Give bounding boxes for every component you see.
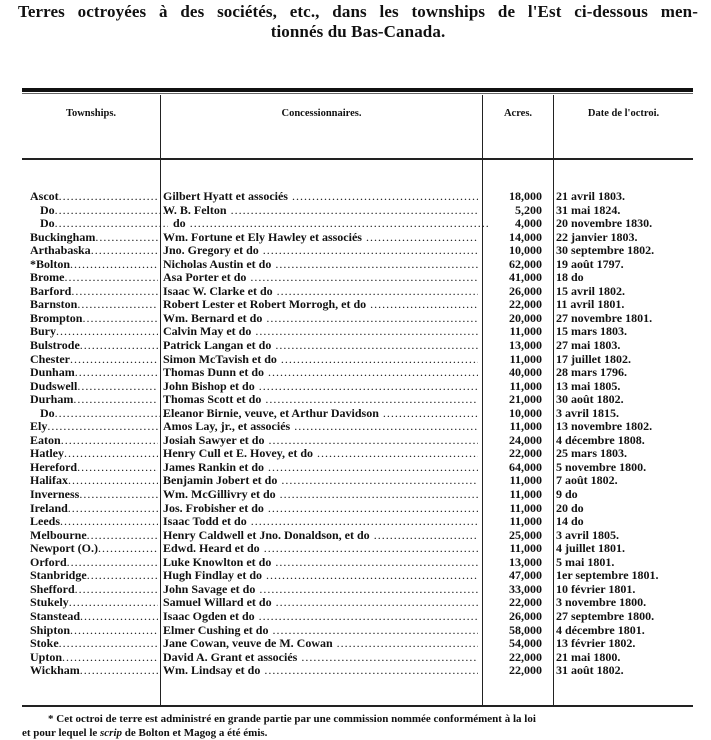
table-row: Upton...................................… (0, 651, 711, 665)
township-name: Eaton (30, 434, 61, 447)
cell-acres: 14,000 (486, 231, 542, 245)
cell-concessionaire: Elmer Cushing et do ....................… (163, 624, 478, 638)
leader-dots: ........................................… (264, 434, 478, 447)
cell-acres: 40,000 (486, 366, 542, 380)
leader-dots: ........................................… (271, 556, 478, 569)
concessionaire-name: John Bishop et do (163, 380, 255, 393)
cell-township: Hatley..................................… (30, 447, 158, 461)
cell-acres: 41,000 (486, 271, 542, 285)
township-name: Hatley (30, 447, 64, 460)
cell-township: Stanstead...............................… (30, 610, 158, 624)
cell-acres: 25,000 (486, 529, 542, 543)
cell-acres: 22,000 (486, 651, 542, 665)
cell-acres: 22,000 (486, 596, 542, 610)
table-row: Barnston................................… (0, 298, 711, 312)
leader-dots: ........................................… (277, 474, 478, 487)
cell-township: Do......................................… (30, 407, 168, 421)
cell-date: 30 septembre 1802. (556, 244, 706, 258)
cell-acres: 5,200 (486, 204, 542, 218)
table-row: *Bolton.................................… (0, 258, 711, 272)
cell-date: 27 septembre 1800. (556, 610, 706, 624)
leader-dots: ........................................… (69, 596, 158, 609)
leader-dots: ........................................… (77, 461, 158, 474)
concessionaire-name: Robert Lester et Robert Morrogh, et do (163, 298, 366, 311)
cell-concessionaire: Jos. Frobisher et do ...................… (163, 502, 478, 516)
cell-concessionaire: do .....................................… (163, 217, 488, 231)
township-name: Dunham (30, 366, 75, 379)
concessionaire-name: Luke Knowlton et do (163, 556, 271, 569)
cell-township: Orford..................................… (30, 556, 158, 570)
leader-dots: ........................................… (313, 447, 478, 460)
title-line-2: tionnés du Bas-Canada. (18, 22, 698, 42)
cell-date: 9 do (556, 488, 706, 502)
table-row: Leeds...................................… (0, 515, 711, 529)
cell-acres: 47,000 (486, 569, 542, 583)
concessionaire-name: Jane Cowan, veuve de M. Cowan (163, 637, 333, 650)
table-row: Dudswell................................… (0, 380, 711, 394)
cell-township: Barford.................................… (30, 285, 158, 299)
leader-dots: ........................................… (77, 380, 158, 393)
table-row: Stoke...................................… (0, 637, 711, 651)
concessionaire-name: Jos. Frobisher et do (163, 502, 264, 515)
cell-date: 13 mai 1805. (556, 380, 706, 394)
table-row: Melbourne...............................… (0, 529, 711, 543)
cell-date: 11 avril 1801. (556, 298, 706, 312)
township-name: Do (40, 407, 55, 420)
leader-dots: ........................................… (262, 569, 478, 582)
table-row: Durham..................................… (0, 393, 711, 407)
cell-acres: 11,000 (486, 502, 542, 516)
cell-township: *Bolton.................................… (30, 258, 158, 272)
cell-date: 5 novembre 1800. (556, 461, 706, 475)
header-rule (22, 158, 693, 160)
title-line-1: Terres octroyées à des sociétés, etc., d… (18, 2, 698, 22)
township-name: Orford (30, 556, 67, 569)
cell-acres: 20,000 (486, 312, 542, 326)
cell-concessionaire: James Rankin et do .....................… (163, 461, 478, 475)
leader-dots: ........................................… (186, 217, 488, 230)
concessionaire-name: Isaac Ogden et do (163, 610, 255, 623)
table-row: Hatley..................................… (0, 447, 711, 461)
leader-dots: ........................................… (75, 583, 158, 596)
cell-township: Inverness...............................… (30, 488, 158, 502)
cell-concessionaire: David A. Grant et associés .............… (163, 651, 478, 665)
leader-dots: ........................................… (251, 325, 478, 338)
table-row: Chester.................................… (0, 353, 711, 367)
township-name: Barnston (30, 298, 77, 311)
table-row: Do......................................… (0, 217, 711, 231)
township-name: Do (40, 217, 55, 230)
leader-dots: ........................................… (264, 502, 478, 515)
table-row: Barford.................................… (0, 285, 711, 299)
leader-dots: ........................................… (77, 298, 158, 311)
cell-concessionaire: Wm. Fortune et Ely Hawley et associés ..… (163, 231, 478, 245)
leader-dots: ........................................… (260, 542, 478, 555)
township-name: *Bolton (30, 258, 70, 271)
cell-date: 7 août 1802. (556, 474, 706, 488)
cell-concessionaire: Luke Knowlton et do ....................… (163, 556, 478, 570)
cell-concessionaire: Wm. Bernard et do ......................… (163, 312, 478, 326)
concessionaire-name: John Savage et do (163, 583, 255, 596)
header-date: Date de l'octroi. (554, 108, 693, 119)
township-name: Wickham (30, 664, 80, 677)
cell-concessionaire: Patrick Langan et do ...................… (163, 339, 478, 353)
leader-dots: ........................................… (227, 204, 478, 217)
cell-concessionaire: Thomas Dunn et do ......................… (163, 366, 478, 380)
table-row: Dunham..................................… (0, 366, 711, 380)
cell-date: 3 novembre 1800. (556, 596, 706, 610)
leader-dots: ........................................… (75, 366, 158, 379)
leader-dots: ........................................… (70, 353, 158, 366)
leader-dots: ........................................… (59, 637, 158, 650)
cell-concessionaire: Isaac W. Clarke et do ..................… (163, 285, 478, 299)
cell-township: Dudswell................................… (30, 380, 158, 394)
leader-dots: ........................................… (297, 651, 478, 664)
cell-date: 13 novembre 1802. (556, 420, 706, 434)
leader-dots: ........................................… (264, 461, 478, 474)
table-top-rule-thin (22, 93, 693, 94)
township-name: Upton (30, 651, 62, 664)
cell-township: Stanbridge..............................… (30, 569, 158, 583)
cell-date: 4 juillet 1801. (556, 542, 706, 556)
concessionaire-name: Isaac Todd et do (163, 515, 247, 528)
cell-date: 27 mai 1803. (556, 339, 706, 353)
table-bottom-rule (22, 705, 693, 707)
concessionaire-name: Benjamin Jobert et do (163, 474, 277, 487)
cell-township: Bury....................................… (30, 325, 158, 339)
footnote-line-1: * Cet octroi de terre est administré en … (22, 712, 693, 726)
leader-dots: ........................................… (91, 244, 158, 257)
cell-acres: 11,000 (486, 474, 542, 488)
concessionaire-name: Amos Lay, jr., et associés (163, 420, 290, 433)
cell-township: Barnston................................… (30, 298, 158, 312)
table-body: Ascot...................................… (0, 190, 711, 678)
table-row: Wickham.................................… (0, 664, 711, 678)
township-name: Stukely (30, 596, 69, 609)
cell-acres: 11,000 (486, 420, 542, 434)
leader-dots: ........................................… (70, 624, 158, 637)
cell-township: Ascot...................................… (30, 190, 158, 204)
table-row: Do......................................… (0, 204, 711, 218)
cell-date: 4 décembre 1808. (556, 434, 706, 448)
leader-dots: ........................................… (64, 447, 158, 460)
header-townships: Townships. (22, 108, 160, 119)
cell-concessionaire: John Bishop et do ......................… (163, 380, 478, 394)
cell-township: Brome...................................… (30, 271, 158, 285)
cell-township: Do......................................… (30, 217, 168, 231)
cell-township: Wickham.................................… (30, 664, 158, 678)
leader-dots: ........................................… (246, 271, 478, 284)
cell-township: Dunham..................................… (30, 366, 158, 380)
cell-acres: 11,000 (486, 353, 542, 367)
cell-concessionaire: Henry Caldwell et Jno. Donaldson, et do … (163, 529, 478, 543)
cell-township: Buckingham..............................… (30, 231, 158, 245)
cell-township: Shefford................................… (30, 583, 158, 597)
table-row: Shipton.................................… (0, 624, 711, 638)
concessionaire-name: Wm. Fortune et Ely Hawley et associés (163, 231, 362, 244)
table-row: Do......................................… (0, 407, 711, 421)
leader-dots: ........................................… (290, 420, 478, 433)
cell-acres: 11,000 (486, 488, 542, 502)
cell-date: 19 août 1797. (556, 258, 706, 272)
table-row: Arthabaska..............................… (0, 244, 711, 258)
leader-dots: ........................................… (80, 339, 158, 352)
concessionaire-name: Thomas Scott et do (163, 393, 261, 406)
township-name: Brome (30, 271, 64, 284)
leader-dots: ........................................… (272, 596, 478, 609)
cell-date: 31 août 1802. (556, 664, 706, 678)
cell-township: Brompton................................… (30, 312, 158, 326)
table-row: Hereford................................… (0, 461, 711, 475)
leader-dots: ........................................… (68, 474, 158, 487)
leader-dots: ........................................… (62, 651, 158, 664)
leader-dots: ........................................… (60, 515, 158, 528)
township-name: Do (40, 204, 55, 217)
cell-township: Hereford................................… (30, 461, 158, 475)
table-row: Stanstead...............................… (0, 610, 711, 624)
cell-date: 22 janvier 1803. (556, 231, 706, 245)
leader-dots: ........................................… (255, 610, 478, 623)
cell-date: 21 avril 1803. (556, 190, 706, 204)
concessionaire-name: do (173, 217, 186, 230)
leader-dots: ........................................… (82, 312, 158, 325)
township-name: Bulstrode (30, 339, 80, 352)
cell-concessionaire: Wm. Lindsay et do ......................… (163, 664, 478, 678)
cell-concessionaire: Eleanor Birnie, veuve, et Arthur Davidso… (163, 407, 478, 421)
table-row: Ireland.................................… (0, 502, 711, 516)
concessionaire-name: Hugh Findlay et do (163, 569, 262, 582)
leader-dots: ........................................… (379, 407, 478, 420)
cell-date: 15 avril 1802. (556, 285, 706, 299)
cell-concessionaire: Gilbert Hyatt et associés ..............… (163, 190, 478, 204)
cell-date: 20 novembre 1830. (556, 217, 706, 231)
leader-dots: ........................................… (55, 204, 168, 217)
table-row: Buckingham..............................… (0, 231, 711, 245)
leader-dots: ........................................… (55, 217, 168, 230)
leader-dots: ........................................… (68, 502, 158, 515)
table-row: Stukely.................................… (0, 596, 711, 610)
concessionaire-name: James Rankin et do (163, 461, 264, 474)
cell-township: Stoke...................................… (30, 637, 158, 651)
header-acres: Acres. (483, 108, 553, 119)
cell-date: 21 mai 1800. (556, 651, 706, 665)
cell-concessionaire: Hugh Findlay et do .....................… (163, 569, 478, 583)
cell-date: 14 do (556, 515, 706, 529)
cell-acres: 10,000 (486, 244, 542, 258)
cell-concessionaire: Asa Porter et do .......................… (163, 271, 478, 285)
township-name: Brompton (30, 312, 82, 325)
leader-dots: ........................................… (71, 285, 158, 298)
cell-date: 20 do (556, 502, 706, 516)
cell-township: Chester.................................… (30, 353, 158, 367)
cell-acres: 11,000 (486, 542, 542, 556)
leader-dots: ........................................… (247, 515, 478, 528)
concessionaire-name: Eleanor Birnie, veuve, et Arthur Davidso… (163, 407, 379, 420)
cell-acres: 11,000 (486, 515, 542, 529)
leader-dots: ........................................… (362, 231, 478, 244)
cell-acres: 26,000 (486, 285, 542, 299)
table-row: Orford..................................… (0, 556, 711, 570)
leader-dots: ........................................… (73, 393, 158, 406)
cell-date: 17 juillet 1802. (556, 353, 706, 367)
cell-acres: 22,000 (486, 447, 542, 461)
cell-date: 1er septembre 1801. (556, 569, 706, 583)
township-name: Ascot (30, 190, 59, 203)
footnote-line-2: et pour lequel le scrip de Bolton et Mag… (22, 727, 267, 739)
township-name: Barford (30, 285, 71, 298)
leader-dots: ........................................… (70, 258, 158, 271)
cell-acres: 10,000 (486, 407, 542, 421)
leader-dots: ........................................… (262, 312, 478, 325)
cell-concessionaire: Josiah Sawyer et do ....................… (163, 434, 478, 448)
leader-dots: ........................................… (259, 244, 478, 257)
cell-acres: 21,000 (486, 393, 542, 407)
cell-acres: 54,000 (486, 637, 542, 651)
cell-date: 5 mai 1801. (556, 556, 706, 570)
table-row: Brompton................................… (0, 312, 711, 326)
cell-township: Halifax.................................… (30, 474, 158, 488)
page-title: Terres octroyées à des sociétés, etc., d… (18, 2, 698, 42)
footnote-italic-scrip: scrip (100, 727, 122, 739)
township-name: Bury (30, 325, 56, 338)
cell-township: Melbourne...............................… (30, 529, 158, 543)
concessionaire-name: Elmer Cushing et do (163, 624, 268, 637)
concessionaire-name: Edwd. Heard et do (163, 542, 260, 555)
leader-dots: ........................................… (95, 231, 158, 244)
cell-township: Do......................................… (30, 204, 168, 218)
cell-acres: 26,000 (486, 610, 542, 624)
cell-acres: 22,000 (486, 664, 542, 678)
header-concessionaires: Concessionnaires. (161, 108, 482, 119)
concessionaire-name: Isaac W. Clarke et do (163, 285, 273, 298)
cell-acres: 64,000 (486, 461, 542, 475)
leader-dots: ........................................… (56, 325, 158, 338)
cell-concessionaire: Isaac Todd et do .......................… (163, 515, 478, 529)
cell-acres: 11,000 (486, 325, 542, 339)
township-name: Stanbridge (30, 569, 87, 582)
township-name: Arthabaska (30, 244, 91, 257)
township-name: Stoke (30, 637, 59, 650)
cell-township: Shipton.................................… (30, 624, 158, 638)
cell-concessionaire: Benjamin Jobert et do ..................… (163, 474, 478, 488)
table-row: Ascot...................................… (0, 190, 711, 204)
cell-concessionaire: Jane Cowan, veuve de M. Cowan ..........… (163, 637, 478, 651)
cell-concessionaire: Nicholas Austin et do ..................… (163, 258, 478, 272)
table-row: Shefford................................… (0, 583, 711, 597)
leader-dots: ........................................… (261, 393, 478, 406)
concessionaire-name: David A. Grant et associés (163, 651, 297, 664)
footnote-text: de Bolton et Magog a été émis. (122, 727, 267, 739)
cell-date: 3 avril 1815. (556, 407, 706, 421)
cell-acres: 11,000 (486, 380, 542, 394)
township-name: Ireland (30, 502, 68, 515)
leader-dots: ........................................… (80, 664, 158, 677)
cell-township: Bulstrode...............................… (30, 339, 158, 353)
cell-date: 27 novembre 1801. (556, 312, 706, 326)
cell-concessionaire: Thomas Scott et do .....................… (163, 393, 478, 407)
table-row: Ely.....................................… (0, 420, 711, 434)
leader-dots: ........................................… (366, 298, 478, 311)
cell-concessionaire: Henry Cull et E. Hovey, et do ..........… (163, 447, 478, 461)
concessionaire-name: Simon McTavish et do (163, 353, 277, 366)
cell-date: 18 do (556, 271, 706, 285)
footnote: * Cet octroi de terre est administré en … (22, 712, 693, 740)
leader-dots: ........................................… (98, 542, 158, 555)
township-name: Leeds (30, 515, 60, 528)
cell-date: 28 mars 1796. (556, 366, 706, 380)
leader-dots: ........................................… (260, 664, 478, 677)
cell-acres: 13,000 (486, 339, 542, 353)
township-name: Halifax (30, 474, 68, 487)
table-row: Bury....................................… (0, 325, 711, 339)
cell-date: 30 août 1802. (556, 393, 706, 407)
cell-date: 3 avril 1805. (556, 529, 706, 543)
cell-acres: 33,000 (486, 583, 542, 597)
cell-acres: 24,000 (486, 434, 542, 448)
leader-dots: ........................................… (288, 190, 478, 203)
leader-dots: ........................................… (268, 624, 478, 637)
cell-concessionaire: Calvin May et do .......................… (163, 325, 478, 339)
cell-concessionaire: Robert Lester et Robert Morrogh, et do .… (163, 298, 478, 312)
concessionaire-name: Gilbert Hyatt et associés (163, 190, 288, 203)
cell-date: 15 mars 1803. (556, 325, 706, 339)
cell-acres: 4,000 (486, 217, 542, 231)
cell-concessionaire: Simon McTavish et do ...................… (163, 353, 478, 367)
cell-acres: 62,000 (486, 258, 542, 272)
leader-dots: ........................................… (87, 569, 158, 582)
concessionaire-name: Patrick Langan et do (163, 339, 271, 352)
table-row: Stanbridge..............................… (0, 569, 711, 583)
table-top-rule (22, 88, 693, 92)
cell-concessionaire: Wm. McGillivry et do ...................… (163, 488, 478, 502)
cell-township: Newport (O.)............................… (30, 542, 158, 556)
leader-dots: ........................................… (264, 366, 478, 379)
township-name: Chester (30, 353, 70, 366)
cell-acres: 22,000 (486, 298, 542, 312)
township-name: Stanstead (30, 610, 80, 623)
cell-acres: 13,000 (486, 556, 542, 570)
cell-date: 10 février 1801. (556, 583, 706, 597)
leader-dots: ........................................… (61, 434, 158, 447)
concessionaire-name: Wm. Lindsay et do (163, 664, 260, 677)
leader-dots: ........................................… (370, 529, 478, 542)
leader-dots: ........................................… (64, 271, 158, 284)
township-name: Newport (O.) (30, 542, 98, 555)
cell-township: Ireland.................................… (30, 502, 158, 516)
township-name: Shipton (30, 624, 70, 637)
township-name: Buckingham (30, 231, 95, 244)
leader-dots: ........................................… (271, 258, 478, 271)
cell-date: 4 décembre 1801. (556, 624, 706, 638)
cell-date: 25 mars 1803. (556, 447, 706, 461)
concessionaire-name: Henry Caldwell et Jno. Donaldson, et do (163, 529, 370, 542)
cell-date: 13 février 1802. (556, 637, 706, 651)
concessionaire-name: W. B. Felton (163, 204, 227, 217)
table-row: Eaton...................................… (0, 434, 711, 448)
cell-concessionaire: Isaac Ogden et do ......................… (163, 610, 478, 624)
cell-township: Upton...................................… (30, 651, 158, 665)
concessionaire-name: Thomas Dunn et do (163, 366, 264, 379)
cell-concessionaire: Samuel Willard et do ...................… (163, 596, 478, 610)
leader-dots: ........................................… (273, 285, 478, 298)
footnote-text: et pour lequel le (22, 727, 100, 739)
leader-dots: ........................................… (55, 407, 168, 420)
leader-dots: ........................................… (255, 583, 478, 596)
township-name: Melbourne (30, 529, 87, 542)
cell-concessionaire: Edwd. Heard et do ......................… (163, 542, 478, 556)
concessionaire-name: Calvin May et do (163, 325, 251, 338)
concessionaire-name: Samuel Willard et do (163, 596, 272, 609)
